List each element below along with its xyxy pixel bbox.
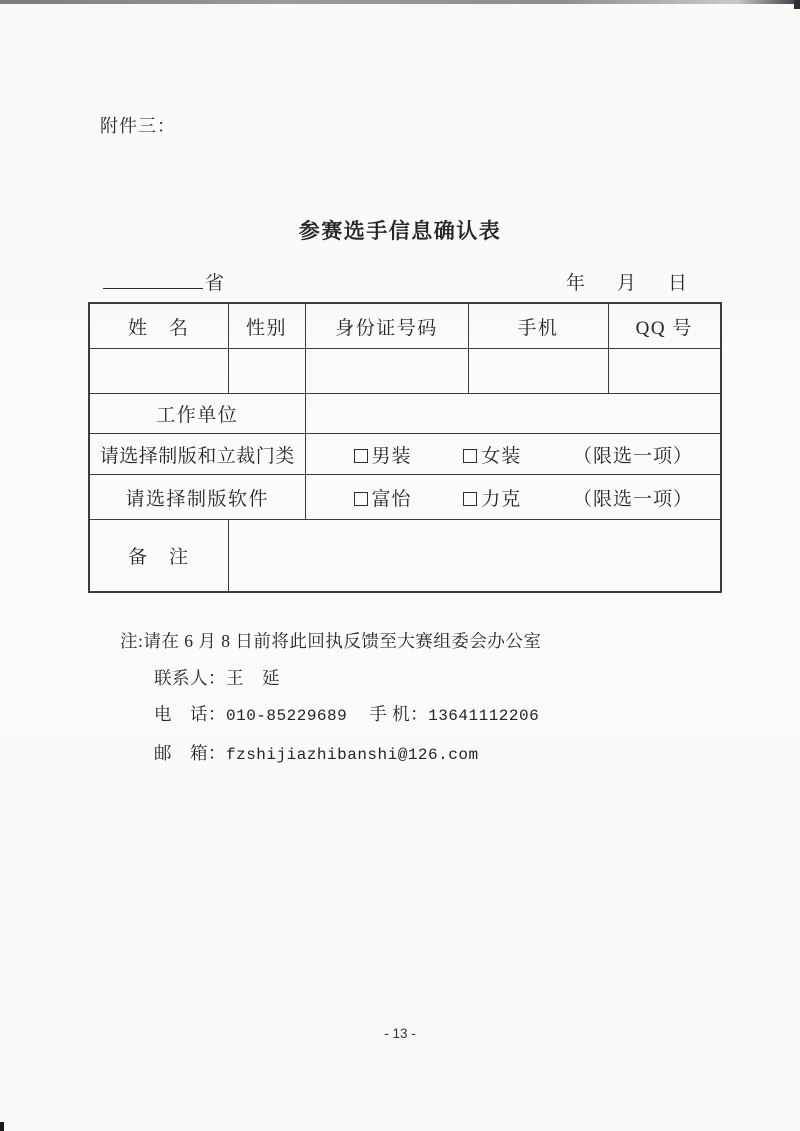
software-option-lectra-label: 力克 [481, 489, 521, 510]
category-label: 请选择制版和立裁门类 [89, 434, 305, 475]
software-limit-note: （限选一项） [573, 489, 693, 510]
work-unit-label: 工作单位 [89, 394, 305, 434]
category-option-menswear-label: 男装 [372, 446, 412, 467]
contact-value: 王 延 [226, 668, 280, 688]
table-header-row: 姓 名 性别 身份证号码 手机 QQ 号 [89, 303, 721, 349]
software-option-lectra: 力克 [463, 489, 521, 510]
notes-block: 注:请在 6 月 8 日前将此回执反馈至大赛组委会办公室 联系人：王 延 电 话… [120, 623, 541, 773]
work-unit-input-cell [305, 394, 721, 434]
software-row: 请选择制版软件 富怡 力克 （限选一项） [89, 475, 721, 520]
category-option-womenswear: 女装 [463, 446, 521, 467]
name-input-cell [89, 349, 228, 394]
software-option-richpeace-label: 富怡 [372, 489, 412, 510]
header-gender: 性别 [228, 303, 305, 349]
header-name: 姓 名 [89, 303, 228, 349]
page-number: - 13 - [0, 1026, 800, 1041]
gender-input-cell [228, 349, 305, 394]
phone-value: 010-85229689 [226, 707, 347, 725]
id-number-input-cell [305, 349, 468, 394]
email-value: fzshijiazhibanshi@126.com [226, 746, 479, 764]
scan-corner-mark-bottom-left [0, 1122, 4, 1131]
form-title: 参赛选手信息确认表 [0, 215, 800, 245]
scan-edge-artifact [0, 0, 800, 4]
contact-label: 联系人： [154, 668, 226, 688]
note-email-line: 邮 箱：fzshijiazhibanshi@126.com [154, 735, 541, 774]
checkbox-lectra-icon [463, 492, 477, 506]
email-label: 邮 箱： [154, 743, 226, 763]
date-year-label: 年 [566, 268, 585, 295]
attachment-label: 附件三： [100, 112, 176, 138]
province-blank-underline [103, 285, 203, 289]
note-deadline: 注:请在 6 月 8 日前将此回执反馈至大赛组委会办公室 [120, 623, 541, 660]
category-row: 请选择制版和立裁门类 男装 女装 （限选一项） [89, 434, 721, 475]
category-limit-note: （限选一项） [573, 446, 693, 467]
note-contact-line: 联系人：王 延 [154, 660, 541, 697]
date-line: 年 月 日 [566, 268, 687, 295]
date-month-label: 月 [617, 268, 636, 295]
category-option-menswear: 男装 [354, 446, 412, 467]
date-day-label: 日 [668, 268, 687, 295]
mobile-value: 13641112206 [428, 707, 539, 725]
checkbox-womenswear-icon [463, 449, 477, 463]
table-input-row [89, 349, 721, 394]
mobile-input-cell [468, 349, 608, 394]
remark-input-cell [228, 520, 721, 593]
header-mobile: 手机 [468, 303, 608, 349]
province-line: 省 [103, 268, 224, 295]
software-label: 请选择制版软件 [89, 475, 305, 520]
checkbox-richpeace-icon [354, 492, 368, 506]
scan-corner-mark-top-right [794, 0, 800, 9]
checkbox-menswear-icon [354, 449, 368, 463]
header-qq: QQ 号 [608, 303, 721, 349]
category-option-womenswear-label: 女装 [481, 446, 521, 467]
category-options-cell: 男装 女装 （限选一项） [305, 434, 721, 475]
remark-row: 备 注 [89, 520, 721, 593]
subhead-row: 省 年 月 日 [103, 268, 687, 295]
phone-label: 电 话： [154, 704, 226, 724]
confirmation-form-table: 姓 名 性别 身份证号码 手机 QQ 号 工作单位 请选择制版和立裁门类 [88, 302, 722, 593]
work-unit-row: 工作单位 [89, 394, 721, 434]
qq-input-cell [608, 349, 721, 394]
header-id-number: 身份证号码 [305, 303, 468, 349]
scanned-document-page: 附件三： 参赛选手信息确认表 省 年 月 日 姓 名 性别 身份证号码 手机 Q… [0, 0, 800, 1131]
province-suffix-label: 省 [205, 273, 224, 294]
software-option-richpeace: 富怡 [354, 489, 412, 510]
note-phone-line: 电 话：010-85229689手 机：13641112206 [154, 696, 541, 735]
mobile-label: 手 机： [369, 704, 428, 724]
remark-label: 备 注 [89, 520, 228, 593]
software-options-cell: 富怡 力克 （限选一项） [305, 475, 721, 520]
